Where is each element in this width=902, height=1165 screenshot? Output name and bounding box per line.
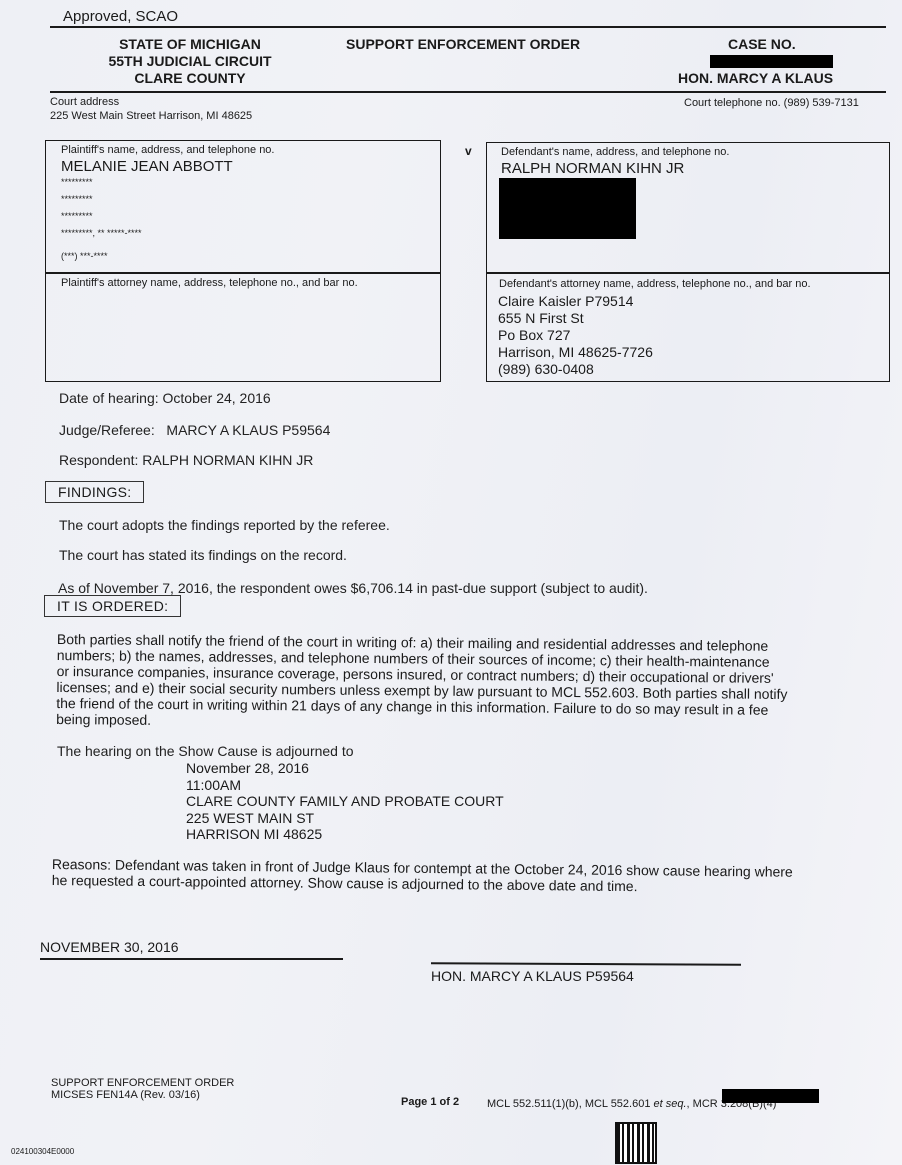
plaintiff-attorney-label: Plaintiff's attorney name, address, tele…: [61, 277, 358, 289]
defendant-attorney-label: Defendant's attorney name, address, tele…: [499, 278, 811, 290]
form-title: SUPPORT ENFORCEMENT ORDER: [346, 36, 580, 52]
header-bottom-rule: [50, 91, 886, 93]
plaintiff-box-divider: [46, 272, 440, 274]
case-no-label: CASE NO.: [728, 36, 796, 52]
respondent: Respondent: RALPH NORMAN KIHN JR: [59, 452, 313, 468]
ordered-heading: IT IS ORDERED:: [44, 595, 181, 617]
defendant-name: RALPH NORMAN KIHN JR: [501, 160, 684, 177]
date-line: [40, 958, 343, 960]
defendant-attorney-block: Claire Kaisler P79514 655 N First St Po …: [498, 293, 653, 378]
adjourned-court: CLARE COUNTY FAMILY AND PROBATE COURT: [186, 793, 504, 810]
approved-scao: Approved, SCAO: [63, 8, 178, 25]
court-phone: Court telephone no. (989) 539-7131: [684, 97, 859, 109]
defendant-attorney-line: Claire Kaisler P79514: [498, 293, 653, 310]
notify-paragraph: Both parties shall notify the friend of …: [56, 631, 788, 734]
finding-item: As of November 7, 2016, the respondent o…: [58, 580, 648, 596]
plaintiff-box: [45, 140, 441, 382]
court-line-circuit: 55TH JUDICIAL CIRCUIT: [95, 53, 285, 70]
judge-referee: Judge/Referee: MARCY A KLAUS P59564: [59, 422, 330, 438]
finding-item: The court adopts the findings reported b…: [59, 517, 390, 533]
page-indicator: Page 1 of 2: [401, 1096, 459, 1108]
hearing-date: Date of hearing: October 24, 2016: [59, 390, 271, 406]
plaintiff-phone: (***) ***-****: [61, 251, 108, 261]
plaintiff-label: Plaintiff's name, address, and telephone…: [61, 144, 275, 156]
adjourned-city: HARRISON MI 48625: [186, 826, 504, 843]
plaintiff-address-line: *********, ** *****-****: [61, 228, 142, 238]
court-line-county: CLARE COUNTY: [95, 70, 285, 87]
adjourned-time: 11:00AM: [186, 777, 504, 794]
findings-heading: FINDINGS:: [45, 481, 144, 503]
plaintiff-address-line: *********: [61, 194, 93, 204]
defendant-address-redacted: [499, 178, 636, 239]
court-line-state: STATE OF MICHIGAN: [95, 36, 285, 53]
signer-name: HON. MARCY A KLAUS P59564: [431, 968, 634, 984]
defendant-attorney-line: (989) 630-0408: [498, 361, 653, 378]
plaintiff-name: MELANIE JEAN ABBOTT: [61, 158, 233, 175]
plaintiff-address-line: *********: [61, 211, 93, 221]
versus-marker: v: [465, 144, 472, 158]
court-address-label: Court address: [50, 96, 119, 108]
case-no-redacted: [710, 55, 833, 68]
adjourned-date: November 28, 2016: [186, 760, 504, 777]
defendant-label: Defendant's name, address, and telephone…: [501, 146, 729, 158]
document-id: 024100304E0000: [11, 1147, 74, 1156]
adjourned-details: November 28, 2016 11:00AM CLARE COUNTY F…: [186, 760, 504, 843]
adjourned-intro: The hearing on the Show Cause is adjourn…: [57, 743, 354, 759]
judge-referee-label: Judge/Referee:: [59, 422, 155, 438]
footer-form-name: SUPPORT ENFORCEMENT ORDER: [51, 1077, 234, 1089]
defendant-attorney-line: 655 N First St: [498, 310, 653, 327]
defendant-box-divider: [487, 272, 889, 274]
reasons-paragraph: Reasons: Defendant was taken in front of…: [52, 856, 793, 896]
plaintiff-address-line: *********: [61, 177, 93, 187]
citation-text: MCL 552.511(1)(b), MCL 552.601: [487, 1098, 654, 1110]
defendant-attorney-line: Po Box 727: [498, 327, 653, 344]
footer-redacted: [722, 1089, 819, 1103]
finding-item: The court has stated its findings on the…: [59, 547, 347, 563]
footer-form-code: MICSES FEN14A (Rev. 03/16): [51, 1089, 200, 1101]
court-address: 225 West Main Street Harrison, MI 48625: [50, 110, 252, 122]
signature-line: [431, 962, 741, 965]
signature-date: NOVEMBER 30, 2016: [40, 939, 179, 955]
barcode-icon: [617, 1124, 655, 1162]
header-top-rule: [50, 26, 886, 28]
judge-name: HON. MARCY A KLAUS: [678, 70, 833, 86]
citation-italic: et seq.: [654, 1098, 687, 1110]
judge-referee-value: MARCY A KLAUS P59564: [166, 422, 330, 438]
court-name-block: STATE OF MICHIGAN 55TH JUDICIAL CIRCUIT …: [95, 36, 285, 87]
adjourned-street: 225 WEST MAIN ST: [186, 810, 504, 827]
defendant-attorney-line: Harrison, MI 48625-7726: [498, 344, 653, 361]
